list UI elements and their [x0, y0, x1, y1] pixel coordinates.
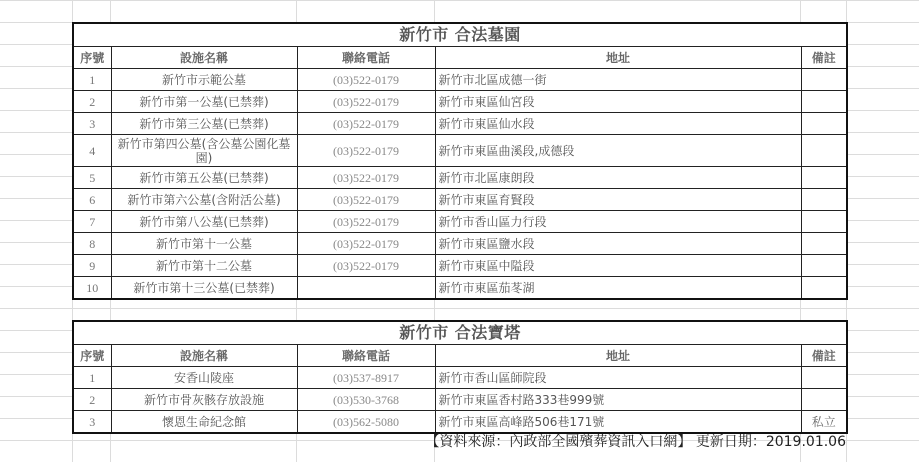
- cell-name[interactable]: 新竹市第八公墓(已禁葬): [111, 211, 297, 233]
- table-row: 2 新竹市骨灰骸存放設施 (03)530-3768 新竹市東區香村路333巷99…: [73, 389, 847, 411]
- cell-name[interactable]: 新竹市第十二公墓: [111, 255, 297, 277]
- header-name[interactable]: 設施名稱: [111, 345, 297, 367]
- cell-phone[interactable]: (03)522-0179: [297, 135, 435, 167]
- cell-no[interactable]: 8: [73, 233, 111, 255]
- cell-note[interactable]: [801, 113, 847, 135]
- header-address[interactable]: 地址: [435, 47, 801, 69]
- cell-no[interactable]: 6: [73, 189, 111, 211]
- cell-no[interactable]: 3: [73, 411, 111, 434]
- table-row: 3 懷恩生命紀念館 (03)562-5080 新竹市東區高峰路506巷171號 …: [73, 411, 847, 434]
- cell-name[interactable]: 新竹市第十一公墓: [111, 233, 297, 255]
- table-title-row: 新竹市 合法寶塔: [73, 321, 847, 345]
- cell-name[interactable]: 新竹市骨灰骸存放設施: [111, 389, 297, 411]
- cell-address[interactable]: 新竹市香山區師院段: [435, 367, 801, 389]
- header-row: 序號 設施名稱 聯絡電話 地址 備註: [73, 345, 847, 367]
- header-phone[interactable]: 聯絡電話: [297, 345, 435, 367]
- table-row: 9 新竹市第十二公墓 (03)522-0179 新竹市東區中隘段: [73, 255, 847, 277]
- cell-note[interactable]: [801, 389, 847, 411]
- cell-address[interactable]: 新竹市東區曲溪段,成德段: [435, 135, 801, 167]
- table-row: 2 新竹市第一公墓(已禁葬) (03)522-0179 新竹市東區仙宮段: [73, 91, 847, 113]
- table-row: 5 新竹市第五公墓(已禁葬) (03)522-0179 新竹市北區康朗段: [73, 167, 847, 189]
- cell-note[interactable]: [801, 367, 847, 389]
- cell-note[interactable]: [801, 91, 847, 113]
- cell-note[interactable]: [801, 69, 847, 91]
- cell-name[interactable]: 新竹市第三公墓(已禁葬): [111, 113, 297, 135]
- cell-name[interactable]: 新竹市第六公墓(含附活公墓): [111, 189, 297, 211]
- cell-name[interactable]: 新竹市第十三公墓(已禁葬): [111, 277, 297, 300]
- cell-name[interactable]: 新竹市示範公墓: [111, 69, 297, 91]
- cell-address[interactable]: 新竹市東區仙宮段: [435, 91, 801, 113]
- updated-date: 2019.01.06: [766, 434, 846, 450]
- cell-phone[interactable]: (03)522-0179: [297, 167, 435, 189]
- header-phone[interactable]: 聯絡電話: [297, 47, 435, 69]
- cell-address[interactable]: 新竹市東區高峰路506巷171號: [435, 411, 801, 434]
- table-row: 1 新竹市示範公墓 (03)522-0179 新竹市北區成德一街: [73, 69, 847, 91]
- cell-note[interactable]: [801, 255, 847, 277]
- cell-phone[interactable]: (03)522-0179: [297, 211, 435, 233]
- columbaria-table: 新竹市 合法寶塔 序號 設施名稱 聯絡電話 地址 備註 1 安香山陵座 (03)…: [72, 320, 848, 434]
- table-row: 7 新竹市第八公墓(已禁葬) (03)522-0179 新竹市香山區力行段: [73, 211, 847, 233]
- cell-note[interactable]: 私立: [801, 411, 847, 434]
- table-row: 1 安香山陵座 (03)537-8917 新竹市香山區師院段: [73, 367, 847, 389]
- cell-no[interactable]: 9: [73, 255, 111, 277]
- header-address[interactable]: 地址: [435, 345, 801, 367]
- table-row: 10 新竹市第十三公墓(已禁葬) 新竹市東區茄苳湖: [73, 277, 847, 300]
- cell-address[interactable]: 新竹市東區香村路333巷999號: [435, 389, 801, 411]
- cell-no[interactable]: 7: [73, 211, 111, 233]
- updated-label: 更新日期：: [696, 434, 766, 450]
- source-footer: 【資料來源：內政部全國殯葬資訊入口網】 更新日期：2019.01.06: [425, 432, 846, 452]
- header-no[interactable]: 序號: [73, 47, 111, 69]
- cell-address[interactable]: 新竹市東區茄苳湖: [435, 277, 801, 300]
- table-row: 3 新竹市第三公墓(已禁葬) (03)522-0179 新竹市東區仙水段: [73, 113, 847, 135]
- header-note[interactable]: 備註: [801, 345, 847, 367]
- cell-no[interactable]: 3: [73, 113, 111, 135]
- cemeteries-table: 新竹市 合法墓園 序號 設施名稱 聯絡電話 地址 備註 1 新竹市示範公墓 (0…: [72, 22, 848, 300]
- cell-no[interactable]: 1: [73, 69, 111, 91]
- cell-note[interactable]: [801, 211, 847, 233]
- cell-address[interactable]: 新竹市北區康朗段: [435, 167, 801, 189]
- cell-phone[interactable]: [297, 277, 435, 300]
- cell-no[interactable]: 2: [73, 91, 111, 113]
- cell-name[interactable]: 安香山陵座: [111, 367, 297, 389]
- table-row: 8 新竹市第十一公墓 (03)522-0179 新竹市東區鹽水段: [73, 233, 847, 255]
- cell-name[interactable]: 新竹市第四公墓(含公墓公園化墓園): [111, 135, 297, 167]
- cell-no[interactable]: 4: [73, 135, 111, 167]
- cell-phone[interactable]: (03)522-0179: [297, 91, 435, 113]
- cell-no[interactable]: 5: [73, 167, 111, 189]
- header-note[interactable]: 備註: [801, 47, 847, 69]
- cell-address[interactable]: 新竹市香山區力行段: [435, 211, 801, 233]
- cell-name[interactable]: 懷恩生命紀念館: [111, 411, 297, 434]
- source-text: 【資料來源：內政部全國殯葬資訊入口網】: [425, 434, 691, 450]
- table-row: 4 新竹市第四公墓(含公墓公園化墓園) (03)522-0179 新竹市東區曲溪…: [73, 135, 847, 167]
- cell-phone[interactable]: (03)530-3768: [297, 389, 435, 411]
- cell-address[interactable]: 新竹市東區仙水段: [435, 113, 801, 135]
- cell-no[interactable]: 10: [73, 277, 111, 300]
- cell-phone[interactable]: (03)537-8917: [297, 367, 435, 389]
- cell-note[interactable]: [801, 167, 847, 189]
- cell-phone[interactable]: (03)522-0179: [297, 69, 435, 91]
- cell-address[interactable]: 新竹市東區中隘段: [435, 255, 801, 277]
- header-row: 序號 設施名稱 聯絡電話 地址 備註: [73, 47, 847, 69]
- cell-note[interactable]: [801, 277, 847, 300]
- cell-address[interactable]: 新竹市北區成德一街: [435, 69, 801, 91]
- cell-phone[interactable]: (03)562-5080: [297, 411, 435, 434]
- cell-no[interactable]: 1: [73, 367, 111, 389]
- columbaria-title[interactable]: 新竹市 合法寶塔: [73, 321, 847, 345]
- cell-phone[interactable]: (03)522-0179: [297, 189, 435, 211]
- header-no[interactable]: 序號: [73, 345, 111, 367]
- cell-no[interactable]: 2: [73, 389, 111, 411]
- cell-address[interactable]: 新竹市東區育賢段: [435, 189, 801, 211]
- table-row: 6 新竹市第六公墓(含附活公墓) (03)522-0179 新竹市東區育賢段: [73, 189, 847, 211]
- cell-phone[interactable]: (03)522-0179: [297, 233, 435, 255]
- cell-address[interactable]: 新竹市東區鹽水段: [435, 233, 801, 255]
- cell-phone[interactable]: (03)522-0179: [297, 255, 435, 277]
- cell-name[interactable]: 新竹市第五公墓(已禁葬): [111, 167, 297, 189]
- cell-name[interactable]: 新竹市第一公墓(已禁葬): [111, 91, 297, 113]
- cell-note[interactable]: [801, 135, 847, 167]
- cemeteries-title[interactable]: 新竹市 合法墓園: [73, 23, 847, 47]
- table-title-row: 新竹市 合法墓園: [73, 23, 847, 47]
- cell-note[interactable]: [801, 233, 847, 255]
- cell-note[interactable]: [801, 189, 847, 211]
- cell-phone[interactable]: (03)522-0179: [297, 113, 435, 135]
- header-name[interactable]: 設施名稱: [111, 47, 297, 69]
